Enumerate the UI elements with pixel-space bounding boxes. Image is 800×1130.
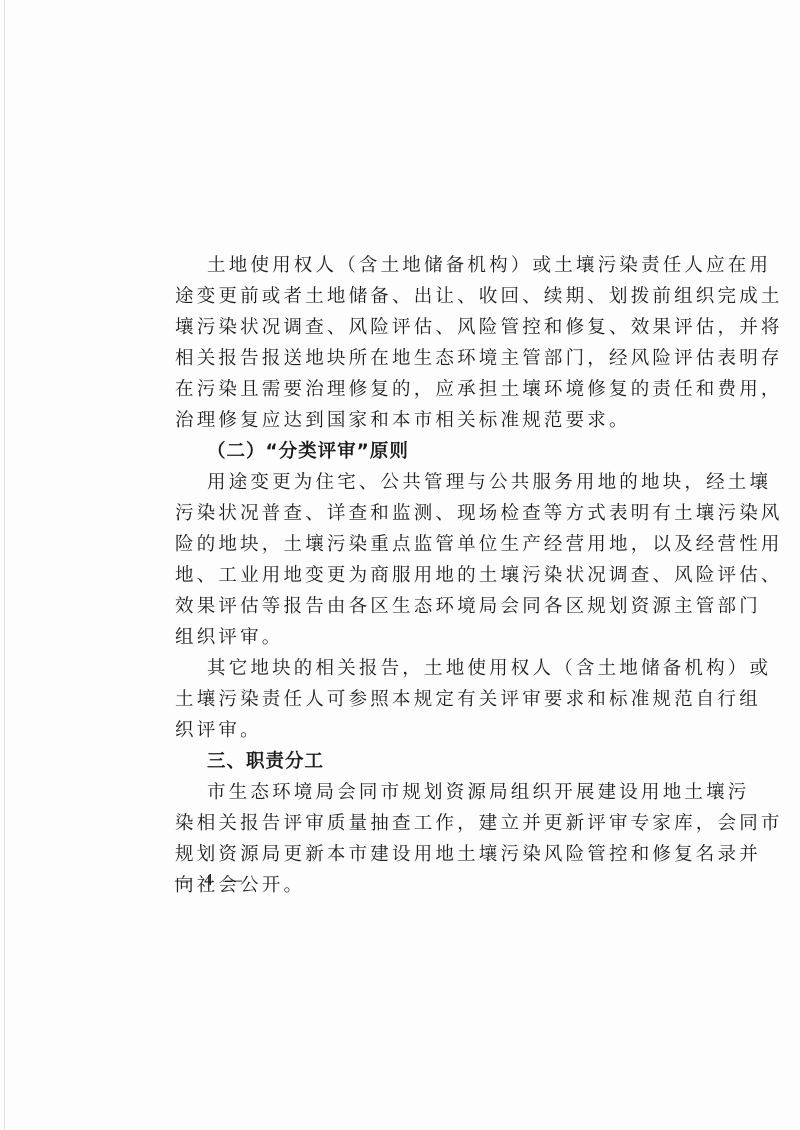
document-page: 土地使用权人（含土地储备机构）或土壤污染责任人应在用 途变更前或者土地储备、出让… — [175, 250, 617, 901]
text-line: 地、工业用地变更为商服用地的土壤污染状况调查、风险评估、 — [175, 560, 617, 591]
text-line: 染相关报告评审质量抽查工作，建立并更新评审专家库，会同市 — [175, 808, 617, 839]
text-line: 壤污染状况调查、风险评估、风险管控和修复、效果评估，并将 — [175, 312, 617, 343]
text-line: 效果评估等报告由各区生态环境局会同各区规划资源主管部门 — [175, 591, 617, 622]
text-line: 治理修复应达到国家和本市相关标准规范要求。 — [175, 405, 617, 436]
section-heading-responsibilities: 三、职责分工 — [175, 746, 617, 777]
text-line: 规划资源局更新本市建设用地土壤污染风险管控和修复名录并 — [175, 839, 617, 870]
text-line: 土壤污染责任人可参照本规定有关评审要求和标准规范自行组 — [175, 684, 617, 715]
text-line: 土地使用权人（含土地储备机构）或土壤污染责任人应在用 — [175, 250, 617, 281]
text-line: 织评审。 — [175, 715, 617, 746]
paragraph-classified-review: 用途变更为住宅、公共管理与公共服务用地的地块，经土壤 污染状况普查、详查和监测、… — [175, 467, 617, 653]
text-line: 在污染且需要治理修复的，应承担土壤环境修复的责任和费用， — [175, 374, 617, 405]
text-line: 险的地块，土壤污染重点监管单位生产经营用地，以及经营性用 — [175, 529, 617, 560]
text-line: 污染状况普查、详查和监测、现场检查等方式表明有土壤污染风 — [175, 498, 617, 529]
page-number: — 4 — — [175, 870, 246, 890]
section-heading-classified-review: （二）“分类评审”原则 — [175, 436, 617, 467]
text-line: 途变更前或者土地储备、出让、收回、续期、划拨前组织完成土 — [175, 281, 617, 312]
text-line: 其它地块的相关报告，土地使用权人（含土地储备机构）或 — [175, 653, 617, 684]
paragraph-other-plots: 其它地块的相关报告，土地使用权人（含土地储备机构）或 土壤污染责任人可参照本规定… — [175, 653, 617, 746]
page-edge — [4, 0, 5, 1130]
text-line: 市生态环境局会同市规划资源局组织开展建设用地土壤污 — [175, 777, 617, 808]
text-line: 用途变更为住宅、公共管理与公共服务用地的地块，经土壤 — [175, 467, 617, 498]
text-line: 组织评审。 — [175, 622, 617, 653]
text-line: 相关报告报送地块所在地生态环境主管部门，经风险评估表明存 — [175, 343, 617, 374]
paragraph-responsibility: 土地使用权人（含土地储备机构）或土壤污染责任人应在用 途变更前或者土地储备、出让… — [175, 250, 617, 436]
